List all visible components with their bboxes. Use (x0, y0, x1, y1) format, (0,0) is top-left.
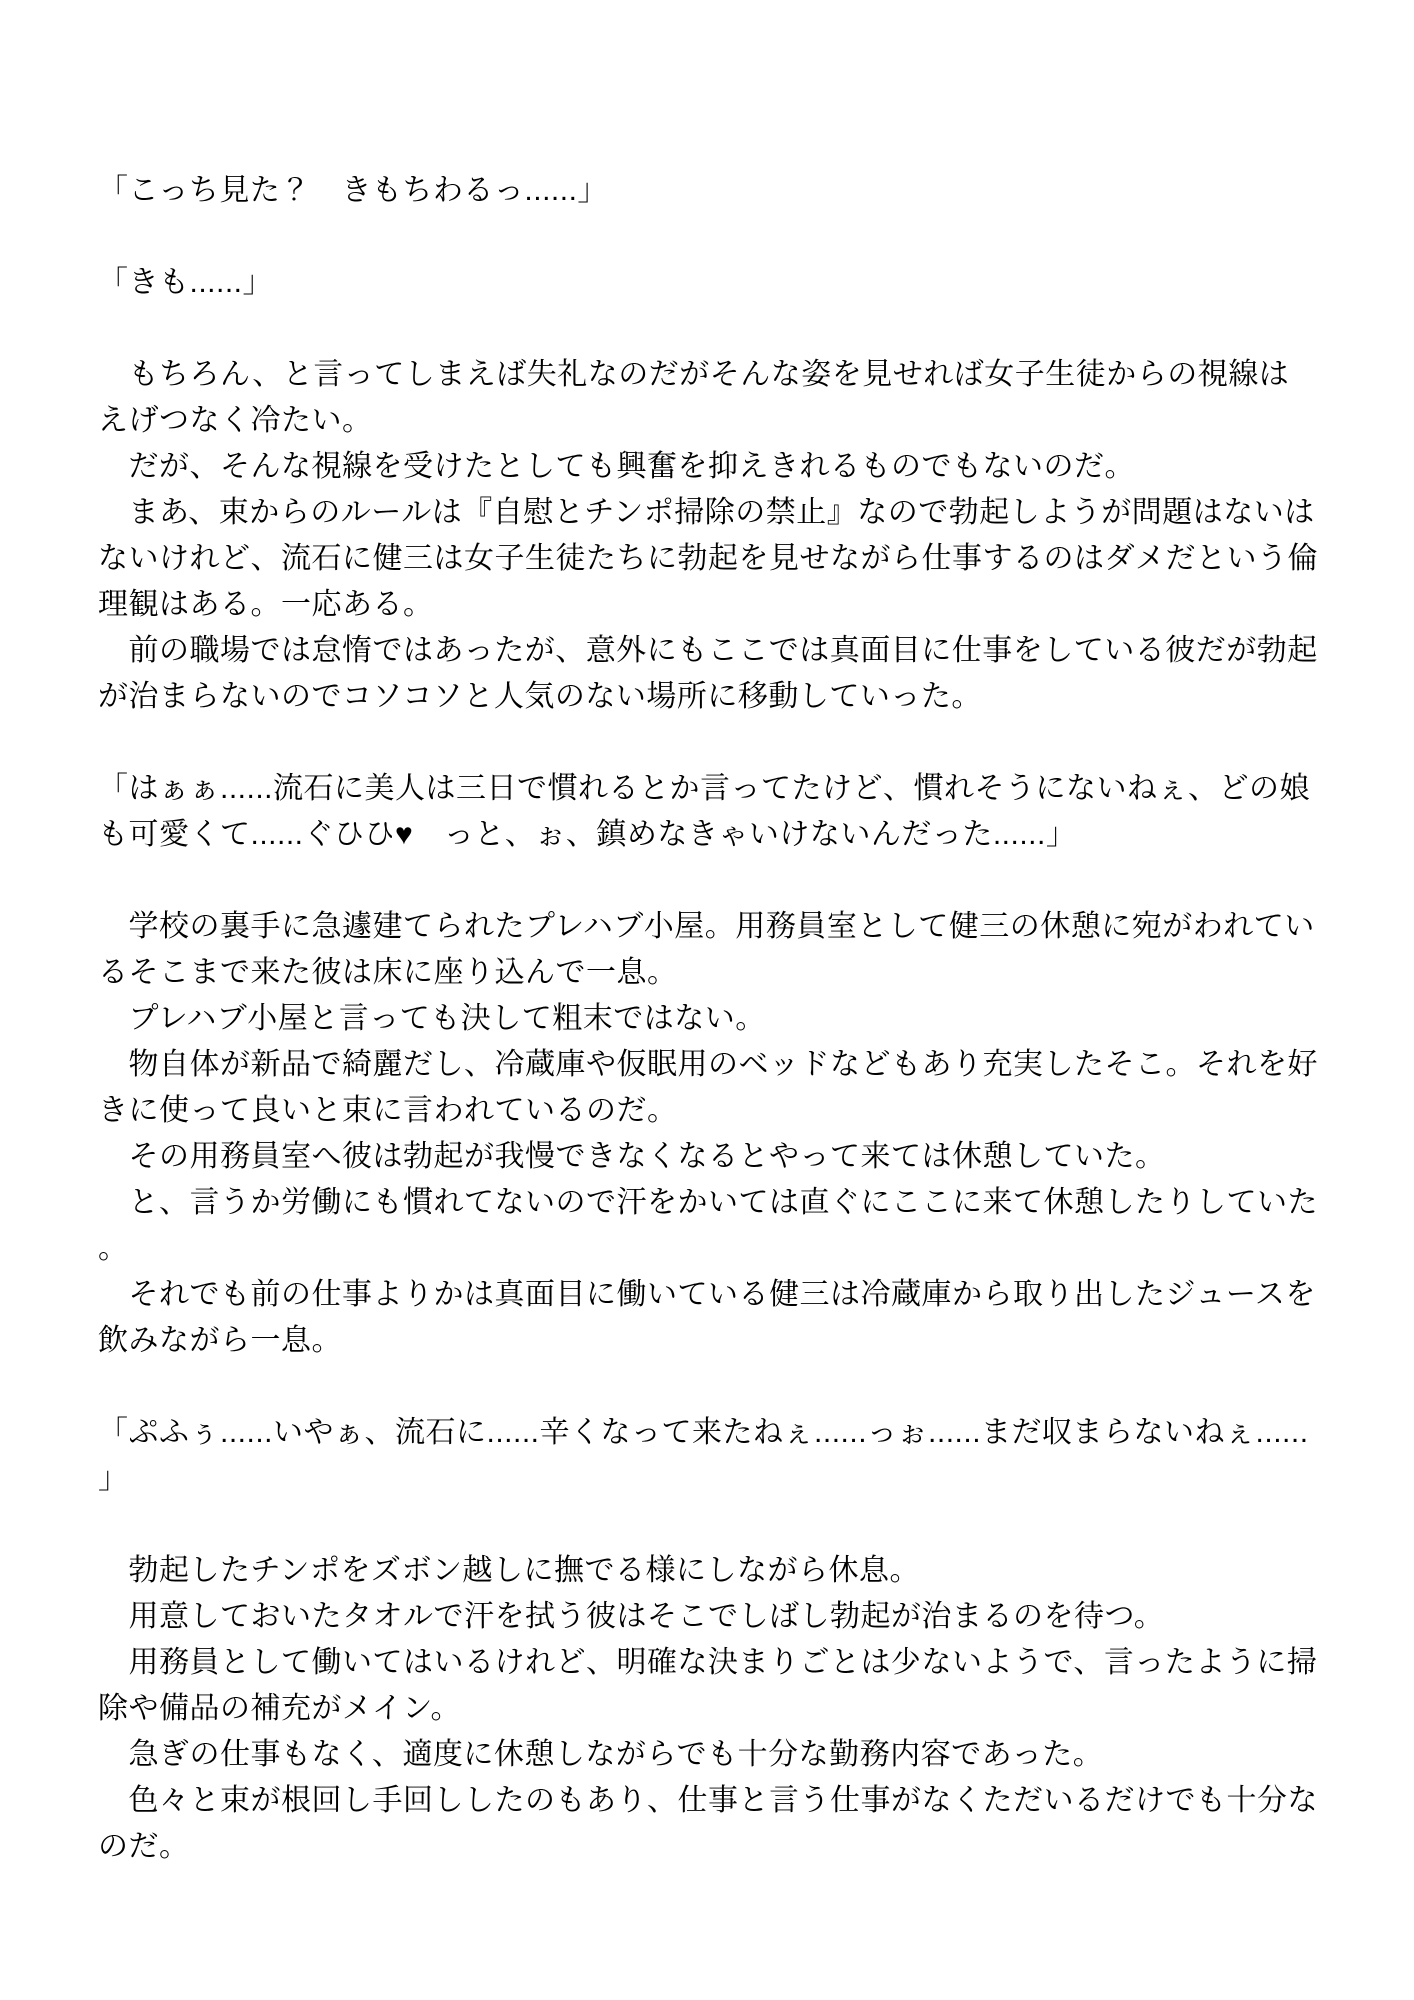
text-block: 勃起したチンポをズボン越しに撫でる様にしながら休息。 用意しておいたタオルで汗を… (98, 1548, 1318, 1870)
paragraph-line: もちろん、と言ってしまえば失礼なのだがそんな姿を見せれば女子生徒からの視線はえげ… (98, 352, 1318, 444)
paragraph-line: 「ぷふぅ......いやぁ、流石に......辛くなって来たねぇ......っぉ… (98, 1410, 1318, 1502)
paragraph-line: 物自体が新品で綺麗だし、冷蔵庫や仮眠用のベッドなどもあり充実したそこ。それを好き… (98, 1042, 1318, 1134)
paragraph-line: 急ぎの仕事もなく、適度に休憩しながらでも十分な勤務内容であった。 (98, 1732, 1318, 1778)
paragraph-line: 用意しておいたタオルで汗を拭う彼はそこでしばし勃起が治まるのを待つ。 (98, 1594, 1318, 1640)
document-page: 「こっち見た？ きもちわるっ......」「きも......」 もちろん、と言っ… (0, 0, 1414, 2000)
paragraph-line: 用務員として働いてはいるけれど、明確な決まりごとは少ないようで、言ったように掃除… (98, 1640, 1318, 1732)
text-block: 「はぁぁ......流石に美人は三日で慣れるとか言ってたけど、慣れそうにないねぇ… (98, 766, 1318, 858)
paragraph-line: 「はぁぁ......流石に美人は三日で慣れるとか言ってたけど、慣れそうにないねぇ… (98, 766, 1318, 858)
text-block: 「こっち見た？ きもちわるっ......」 (98, 168, 1318, 214)
paragraph-line: 勃起したチンポをズボン越しに撫でる様にしながら休息。 (98, 1548, 1318, 1594)
text-container: 「こっち見た？ きもちわるっ......」「きも......」 もちろん、と言っ… (98, 168, 1318, 1870)
paragraph-line: 前の職場では怠惰ではあったが、意外にもここでは真面目に仕事をしている彼だが勃起が… (98, 628, 1318, 720)
paragraph-line: それでも前の仕事よりかは真面目に働いている健三は冷蔵庫から取り出したジュースを飲… (98, 1272, 1318, 1364)
text-block: 学校の裏手に急遽建てられたプレハブ小屋。用務員室として健三の休憩に宛がわれている… (98, 904, 1318, 1364)
paragraph-line: と、言うか労働にも慣れてないので汗をかいては直ぐにここに来て休憩したりしていた。 (98, 1180, 1318, 1272)
text-block: 「ぷふぅ......いやぁ、流石に......辛くなって来たねぇ......っぉ… (98, 1410, 1318, 1502)
paragraph-line: プレハブ小屋と言っても決して粗末ではない。 (98, 996, 1318, 1042)
paragraph-line: まあ、束からのルールは『自慰とチンポ掃除の禁止』なので勃起しようが問題はないはな… (98, 490, 1318, 628)
paragraph-line: 「きも......」 (98, 260, 1318, 306)
paragraph-line: 「こっち見た？ きもちわるっ......」 (98, 168, 1318, 214)
paragraph-line: 学校の裏手に急遽建てられたプレハブ小屋。用務員室として健三の休憩に宛がわれている… (98, 904, 1318, 996)
text-block: 「きも......」 (98, 260, 1318, 306)
paragraph-line: だが、そんな視線を受けたとしても興奮を抑えきれるものでもないのだ。 (98, 444, 1318, 490)
paragraph-line: 色々と束が根回し手回ししたのもあり、仕事と言う仕事がなくただいるだけでも十分なの… (98, 1778, 1318, 1870)
text-block: もちろん、と言ってしまえば失礼なのだがそんな姿を見せれば女子生徒からの視線はえげ… (98, 352, 1318, 720)
paragraph-line: その用務員室へ彼は勃起が我慢できなくなるとやって来ては休憩していた。 (98, 1134, 1318, 1180)
